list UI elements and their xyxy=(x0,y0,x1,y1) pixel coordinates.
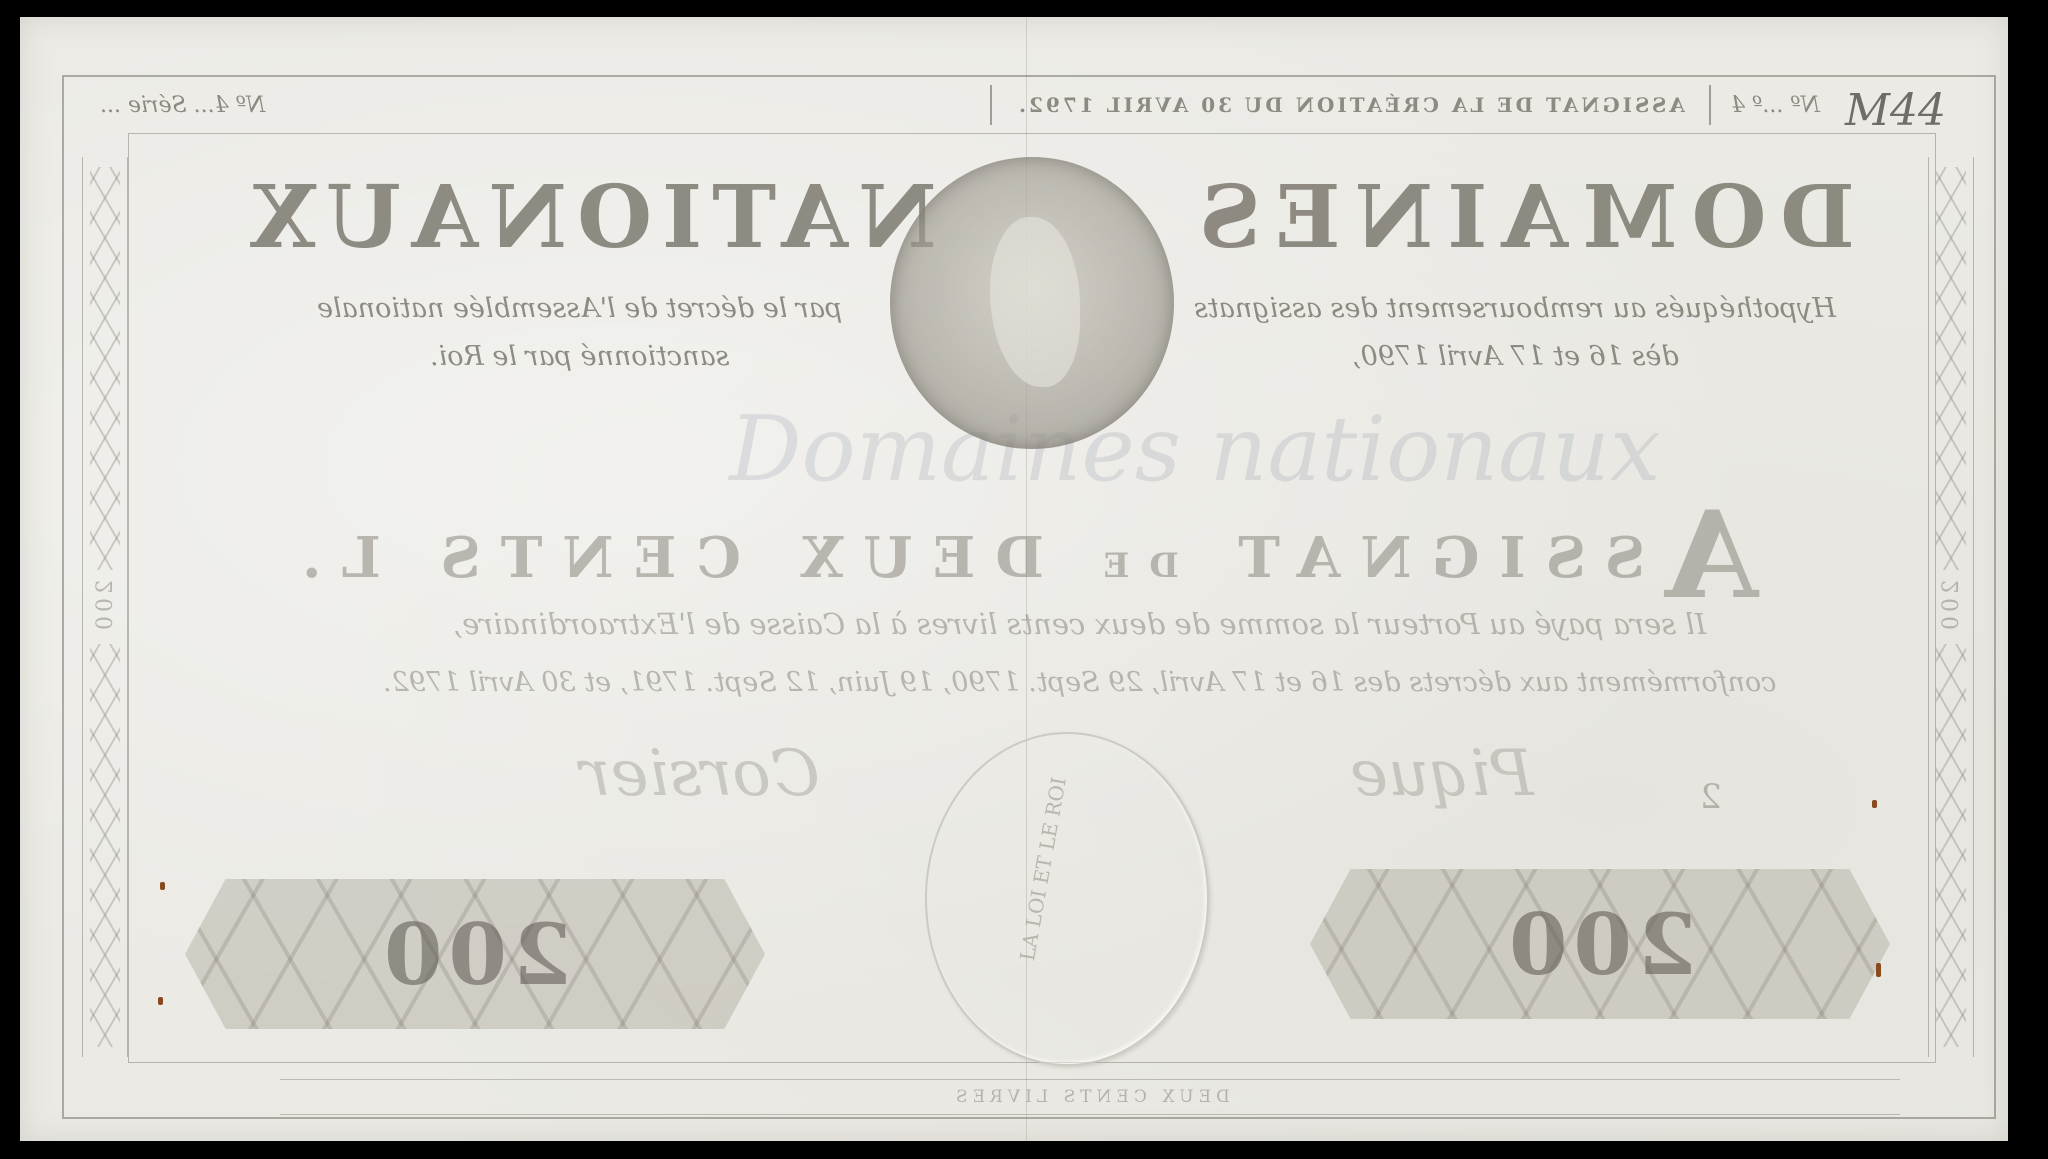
series-number-text: 2 xyxy=(1700,777,1722,817)
series-number: 2 xyxy=(1700,777,1722,817)
subtitle-right-line-1: Hypothéqués au remboursement des assigna… xyxy=(1194,285,1836,333)
main-heading-mirrored: ASSIGNAT DE DEUX CENTS L. xyxy=(282,485,1758,626)
portrait-medallion xyxy=(890,157,1174,449)
creation-header: ASSIGNAT DE LA CRÉATION DU 30 AVRIL 1792… xyxy=(992,93,1709,117)
heading-amount: DEUX CENTS L. xyxy=(282,525,1044,591)
rust-spot xyxy=(1872,800,1877,808)
banknote-paper: Nº 4... Série ... ASSIGNAT DE LA CRÉATIO… xyxy=(20,17,2008,1141)
signature-left-text: Corsier xyxy=(580,737,820,811)
pencil-annotation: M44 xyxy=(1845,85,1946,136)
bottom-band: DEUX CENTS LIVRES xyxy=(280,1079,1900,1115)
subtitle-left-line-1: par le décret de l'Assemblée nationale xyxy=(317,285,842,333)
subtitle-left-line-2: sanctionné par le Roi. xyxy=(430,333,729,381)
left-border-strip: 200 xyxy=(82,157,128,1057)
value-panel-left: 200 xyxy=(185,879,765,1029)
heading-rest: SSIGNAT xyxy=(1218,525,1645,591)
main-heading: ASSIGNAT DE DEUX CENTS L. xyxy=(230,485,1810,626)
body-text-line-2: conformément aux décrets des 16 et 17 Av… xyxy=(180,667,1980,698)
diamond-pattern xyxy=(1936,167,1966,570)
bottom-band-text: DEUX CENTS LIVRES xyxy=(951,1087,1230,1107)
heading-initial: A xyxy=(1645,485,1758,626)
title-right-text: DOMAINES xyxy=(1185,167,1855,268)
body-text-1: Il sera payé au Porteur la somme de deux… xyxy=(453,607,1706,641)
signature-left: Corsier xyxy=(580,737,820,811)
heading-connector: DE xyxy=(1083,546,1178,586)
top-header-band: Nº 4... Série ... ASSIGNAT DE LA CRÉATIO… xyxy=(80,79,1980,131)
serial-left: Nº 4... Série ... xyxy=(80,93,285,118)
subtitle-right-line-2: dès 16 et 17 Avril 1790, xyxy=(1352,333,1679,381)
rust-spot xyxy=(1876,963,1881,977)
diamond-pattern xyxy=(90,167,120,570)
body-text-line-1: Il sera payé au Porteur la somme de deux… xyxy=(180,607,1980,641)
value-panel-right-text: 200 xyxy=(1503,895,1696,994)
body-text-2: conformément aux décrets des 16 et 17 Av… xyxy=(383,667,1776,698)
value-panel-left-text: 200 xyxy=(378,905,571,1004)
value-panel-right: 200 xyxy=(1310,869,1890,1019)
title-left-text: NATIONAUX xyxy=(240,167,937,268)
title-nationaux: NATIONAUX xyxy=(240,167,880,268)
diamond-pattern xyxy=(90,644,120,1047)
signature-right-text: Pique xyxy=(1350,737,1534,811)
signature-right: Pique xyxy=(1350,737,1534,811)
title-domaines: DOMAINES xyxy=(1185,167,1825,268)
subtitle-left: par le décret de l'Assemblée nationale s… xyxy=(290,285,870,381)
rust-spot xyxy=(160,882,165,890)
rust-spot xyxy=(158,997,163,1005)
subtitle-right: Hypothéqués au remboursement des assigna… xyxy=(1190,285,1840,381)
left-side-value: 200 xyxy=(93,580,118,634)
serial-right: Nº ...º 4 xyxy=(1711,93,1840,118)
diamond-pattern xyxy=(1936,644,1966,1047)
king-profile-icon xyxy=(990,217,1080,387)
